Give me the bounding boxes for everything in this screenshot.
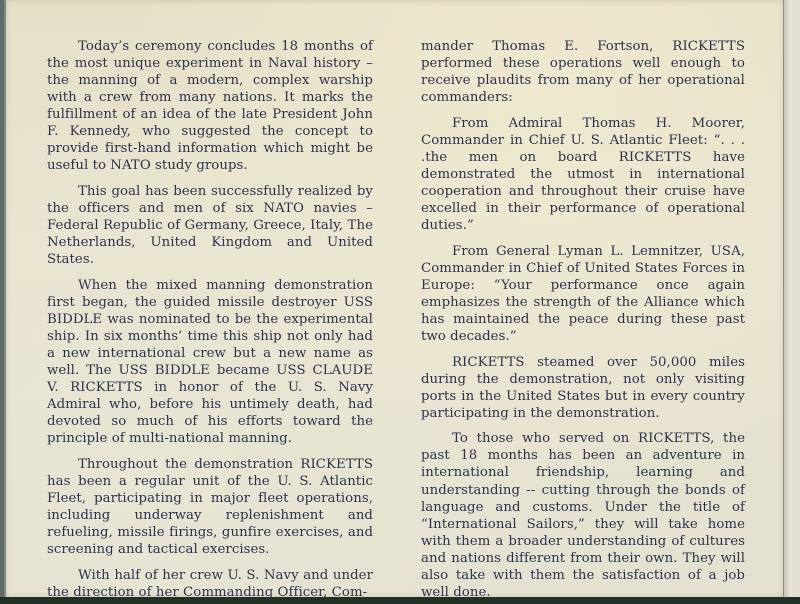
paragraph-quote-lemnitzer: From General Lyman L. Lemnitzer, USA, Co… bbox=[421, 243, 745, 345]
paragraph-ship-history: When the mixed manning demonstration fir… bbox=[47, 277, 373, 447]
right-column: mander Thomas E. Fortson, RICKETTS perfo… bbox=[421, 38, 745, 604]
paragraph-nato-navies: This goal has been successfully realized… bbox=[47, 183, 373, 268]
page-edge bbox=[783, 0, 800, 597]
paragraph-closing: To those who served on RICKETTS, the pas… bbox=[421, 430, 745, 600]
paragraph-ceremony-intro: Today’s ceremony concludes 18 months of … bbox=[47, 38, 373, 174]
paragraph-continued-plaudits: mander Thomas E. Fortson, RICKETTS perfo… bbox=[421, 38, 745, 106]
paragraph-fleet-operations: Throughout the demonstration RICKETTS ha… bbox=[47, 456, 373, 558]
paragraph-crew-command: With half of her crew U. S. Navy and und… bbox=[47, 567, 373, 601]
left-column: Today’s ceremony concludes 18 months of … bbox=[47, 38, 373, 604]
paragraph-miles-steamed: RICKETTS steamed over 50,000 miles durin… bbox=[421, 354, 745, 422]
paragraph-quote-moorer: From Admiral Thomas H. Moorer, Commander… bbox=[421, 115, 745, 234]
